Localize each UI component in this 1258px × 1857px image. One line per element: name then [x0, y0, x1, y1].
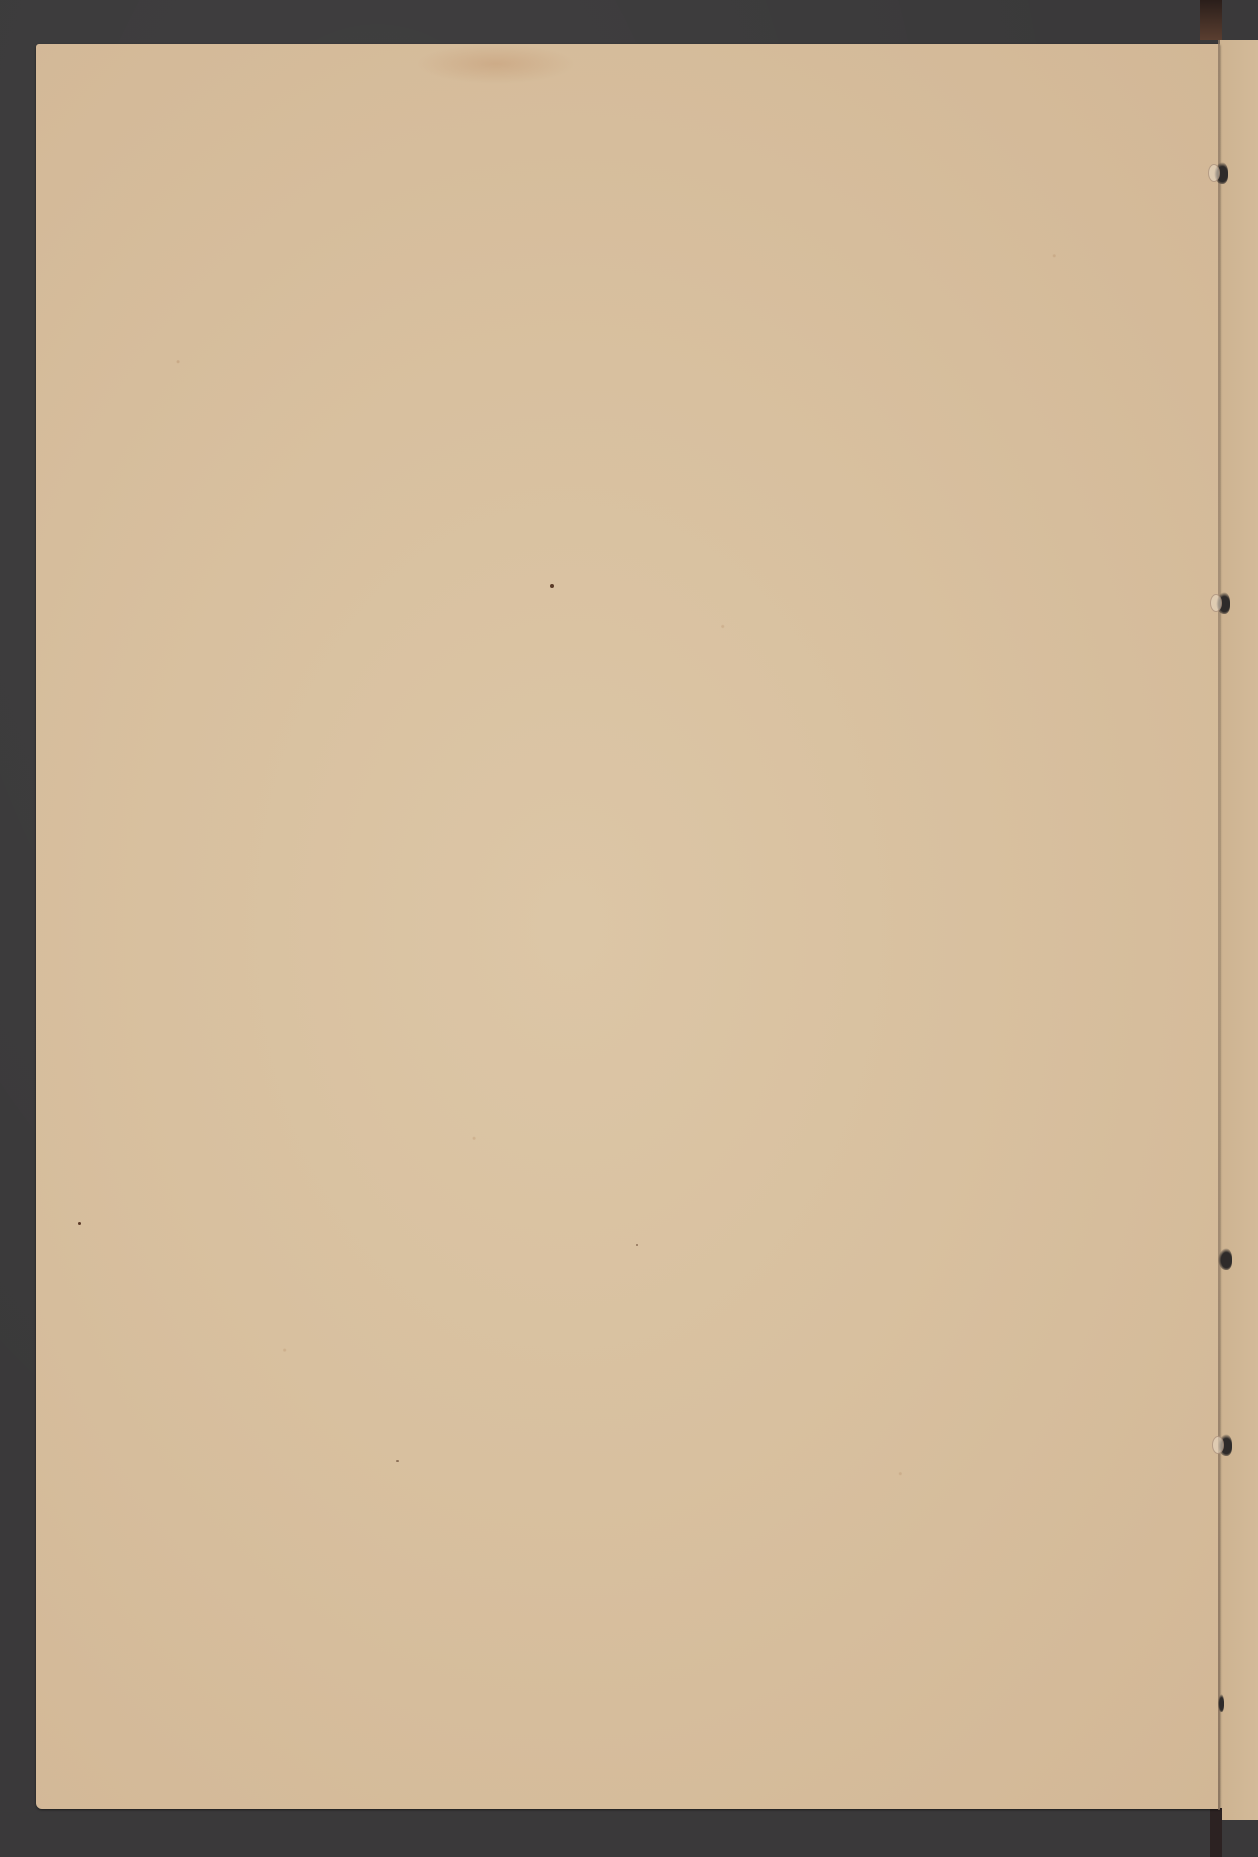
paper-speck	[550, 584, 554, 588]
binding-hole-icon	[1218, 1248, 1232, 1270]
spine-crease	[1218, 40, 1220, 1810]
paper-speck	[636, 1244, 638, 1246]
paper-speck	[78, 1222, 81, 1225]
binding-hole-icon	[1218, 1434, 1232, 1456]
blank-page	[36, 44, 1220, 1809]
facing-page-top-edge	[1200, 0, 1222, 40]
facing-page-edge	[1220, 40, 1258, 1820]
paper-speck	[396, 1460, 399, 1462]
facing-page-bottom-edge	[1210, 1808, 1222, 1857]
paper-stain	[416, 44, 576, 84]
binding-hole-icon	[1218, 1694, 1224, 1712]
binding-hole-icon	[1214, 162, 1228, 184]
binding-hole-icon	[1216, 592, 1230, 614]
